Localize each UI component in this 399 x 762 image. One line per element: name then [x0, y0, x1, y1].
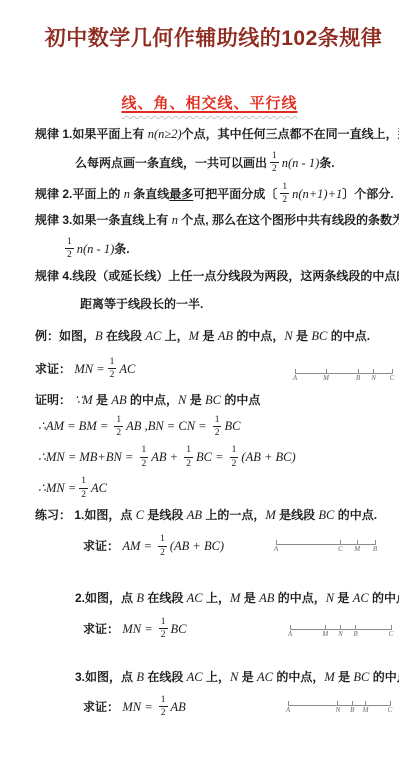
proof-step-3: ∴MN =12AC: [38, 476, 393, 500]
body-text: 上，: [203, 669, 230, 685]
body-text: 证明：: [35, 392, 74, 408]
example-statement: 例：如图，B 在线段 AC 上，M 是 AB 的中点，N 是 BC 的中点.: [35, 328, 393, 344]
math-text: BC =: [196, 449, 227, 465]
exercise-1-segment-figure: ACMB: [276, 536, 375, 554]
body-text: 可把平面分成〔: [193, 186, 277, 202]
point-label: A: [293, 375, 297, 382]
math-text: AM =: [122, 538, 155, 554]
fraction: 12: [270, 151, 279, 175]
body-text: 在线段: [144, 669, 187, 685]
body-text: 3.如图，点: [75, 669, 136, 685]
math-text: ∴MN = MB+BN =: [38, 449, 137, 465]
body-text: 求证：: [83, 621, 122, 637]
body-text: 是: [335, 669, 354, 685]
body-text: 上的一点，: [202, 507, 265, 523]
exercise-2-claim: AMNBC 求证： MN = 12BC: [83, 617, 393, 641]
body-text: 是线段: [276, 507, 319, 523]
body-text: 的中点.: [327, 328, 370, 344]
body-text: 2.如图，点: [75, 590, 136, 606]
document-body: 规律 1.如果平面上有 n(n≥2)个点，其中任何三点都不在同一直线上，那 么每…: [0, 126, 399, 719]
point-label: B: [354, 631, 358, 638]
fraction: 12: [159, 695, 168, 719]
fraction: 12: [114, 415, 123, 439]
section-heading-wrap: 线、角、相交线、平行线: [0, 92, 399, 113]
math-text: B: [95, 328, 103, 344]
math-text: AB: [218, 328, 233, 344]
math-text: ∴MN =: [38, 480, 76, 496]
fraction: 12: [184, 445, 193, 469]
point-label: M: [354, 546, 360, 553]
body-text: 条.: [319, 155, 334, 171]
rule-2-line: 规律 2.平面上的 n 条直线最多可把平面分成〔12n(n+1)+1〕个部分.: [35, 182, 393, 206]
rule-3-line-2: 12n(n - 1)条.: [62, 237, 393, 261]
example-segment-figure: AMBNC: [295, 365, 392, 383]
proof-step-2: ∴MN = MB+BN = 12AB + 12BC = 12(AB + BC): [38, 445, 393, 469]
section-heading-wavy-underline: 线、角、相交线、平行线: [121, 95, 297, 112]
math-text: BC: [353, 669, 369, 685]
point-label: C: [388, 707, 393, 714]
body-text: 的中点.: [369, 590, 399, 606]
body-text: 求证：: [83, 538, 122, 554]
body-text: 条.: [114, 241, 129, 257]
point-label: M: [363, 707, 369, 714]
body-text: 的中点，: [127, 392, 178, 408]
rule-1-line-2: 么每两点画一条直线，一共可以画出12n(n - 1)条.: [75, 151, 393, 175]
math-text: AC: [187, 590, 203, 606]
point-label: N: [338, 631, 343, 638]
body-text: 是: [240, 590, 259, 606]
exercise-2-segment-figure: AMNBC: [290, 621, 391, 639]
body-text: 最多: [169, 186, 193, 202]
fraction: 12: [159, 617, 168, 641]
body-text: 是: [199, 328, 218, 344]
body-text: 练习： 1.如图，点: [35, 507, 136, 523]
math-text: ∴AM = BM =: [38, 418, 111, 434]
point-label: B: [373, 546, 377, 553]
math-text: N: [326, 590, 334, 606]
body-text: 是: [334, 590, 353, 606]
math-text: BC: [311, 328, 327, 344]
point-label: A: [274, 546, 278, 553]
body-text: 的中点，: [233, 328, 284, 344]
body-text: 是: [186, 392, 205, 408]
point-label: N: [336, 707, 341, 714]
exercise-1-statement: 练习： 1.如图，点 C 是线段 AB 上的一点，M 是线段 BC 的中点.: [35, 507, 393, 523]
body-text: 规律 1.如果平面上有: [35, 126, 148, 142]
math-text: n(n - 1): [282, 155, 320, 171]
body-text: 是线段: [144, 507, 187, 523]
math-text: N: [178, 392, 186, 408]
point-label: A: [286, 707, 290, 714]
body-text: 是: [93, 392, 112, 408]
point-label: M: [323, 375, 329, 382]
fraction: 12: [65, 237, 74, 261]
math-text: M: [265, 507, 275, 523]
body-text: 规律 4.线段（或延长线）上任一点分线段为两段，这两条线段的中点的: [35, 268, 399, 284]
fraction: 12: [140, 445, 149, 469]
body-text: 个点，其中任何三点都不在同一直线上，那: [182, 126, 399, 142]
math-text: C: [136, 507, 144, 523]
point-label: A: [288, 631, 292, 638]
body-text: 求证：: [83, 699, 122, 715]
math-text: AB: [111, 392, 126, 408]
body-text: 是: [238, 669, 257, 685]
math-text: M: [324, 669, 334, 685]
exercise-3-claim: ANBMC 求证： MN = 12AB: [83, 695, 393, 719]
math-text: AC: [257, 669, 273, 685]
body-text: 的中点: [221, 392, 260, 408]
math-text: MN =: [122, 621, 155, 637]
exercise-3-statement: 3.如图，点 B 在线段 AC 上，N 是 AC 的中点，M 是 BC 的中点.: [75, 669, 393, 685]
math-text: AC: [119, 361, 135, 377]
body-text: 上，: [161, 328, 188, 344]
math-text: AC: [91, 480, 107, 496]
math-text: AB: [171, 699, 186, 715]
math-text: (AB + BC): [241, 449, 295, 465]
point-label: M: [322, 631, 328, 638]
math-text: n(n - 1): [77, 241, 115, 257]
body-text: 的中点.: [334, 507, 377, 523]
math-text: BC: [205, 392, 221, 408]
math-text: AC: [187, 669, 203, 685]
rule-3-line-1: 规律 3.如果一条直线上有 n 个点, 那么在这个图形中共有线段的条数为: [35, 212, 393, 228]
math-text: B: [136, 669, 144, 685]
document-page: 初中数学几何作辅助线的102条规律 线、角、相交线、平行线 规律 1.如果平面上…: [0, 0, 399, 762]
fraction: 12: [230, 445, 239, 469]
math-text: (AB + BC): [170, 538, 224, 554]
math-text: AC: [353, 590, 369, 606]
math-text: MN =: [122, 699, 155, 715]
body-text: 例：如图，: [35, 328, 95, 344]
body-text: 距离等于线段长的一半.: [80, 296, 203, 312]
math-text: AB +: [151, 449, 181, 465]
fraction: 12: [280, 182, 289, 206]
math-text: BC: [171, 621, 187, 637]
proof-step-1: ∴AM = BM = 12AB ,BN = CN = 12BC: [38, 415, 393, 439]
document-title: 初中数学几何作辅助线的102条规律: [0, 22, 399, 52]
segment-line: [295, 373, 392, 374]
body-text: 是: [293, 328, 312, 344]
body-text: 在线段: [144, 590, 187, 606]
proof-intro: 证明： ∵M 是 AB 的中点，N 是 BC 的中点: [35, 392, 393, 408]
math-text: B: [136, 590, 144, 606]
math-text: n(n≥2): [148, 126, 182, 142]
math-text: ∵M: [74, 392, 92, 408]
math-text: M: [189, 328, 199, 344]
section-heading: 线、角、相交线、平行线: [121, 95, 297, 112]
fraction: 12: [213, 415, 222, 439]
exercise-3-segment-figure: ANBMC: [288, 697, 390, 715]
math-text: AB ,BN = CN =: [126, 418, 210, 434]
exercise-1-claim: ACMB 求证： AM = 12(AB + BC): [83, 534, 393, 558]
math-text: BC: [224, 418, 240, 434]
body-text: 规律 2.平面上的: [35, 186, 124, 202]
point-label: C: [390, 375, 395, 382]
rule-4-line-1: 规律 4.线段（或延长线）上任一点分线段为两段，这两条线段的中点的: [35, 268, 393, 284]
fraction: 12: [158, 534, 167, 558]
rule-4-line-2: 距离等于线段长的一半.: [80, 296, 393, 312]
exercise-2-statement: 2.如图，点 B 在线段 AC 上，M 是 AB 的中点，N 是 AC 的中点.: [75, 590, 393, 606]
body-text: 规律 3.如果一条直线上有: [35, 212, 172, 228]
body-text: 上，: [203, 590, 230, 606]
point-label: C: [389, 631, 394, 638]
math-text: BC: [318, 507, 334, 523]
rule-1-line-1: 规律 1.如果平面上有 n(n≥2)个点，其中任何三点都不在同一直线上，那: [35, 126, 393, 142]
point-label: B: [356, 375, 360, 382]
body-text: 在线段: [103, 328, 146, 344]
body-text: 的中点，: [274, 590, 325, 606]
fraction: 12: [108, 357, 117, 381]
body-text: 〕个部分.: [342, 186, 393, 202]
body-text: 的中点.: [369, 669, 399, 685]
math-text: n(n+1)+1: [292, 186, 342, 202]
body-text: 的中点，: [273, 669, 324, 685]
math-text: MN =: [74, 361, 104, 377]
body-text: 么每两点画一条直线，一共可以画出: [75, 155, 267, 171]
point-label: N: [371, 375, 376, 382]
point-label: C: [338, 546, 343, 553]
math-text: M: [230, 590, 240, 606]
math-text: AB: [259, 590, 274, 606]
math-text: AC: [145, 328, 161, 344]
body-text: 个点, 那么在这个图形中共有线段的条数为: [178, 212, 399, 228]
point-label: B: [350, 707, 354, 714]
math-text: N: [284, 328, 292, 344]
example-claim: AMBNC 求证： MN =12AC: [35, 357, 393, 381]
math-text: AB: [187, 507, 202, 523]
body-text: 条直线: [130, 186, 169, 202]
body-text: 求证：: [35, 361, 74, 377]
fraction: 12: [79, 476, 88, 500]
math-text: N: [230, 669, 238, 685]
